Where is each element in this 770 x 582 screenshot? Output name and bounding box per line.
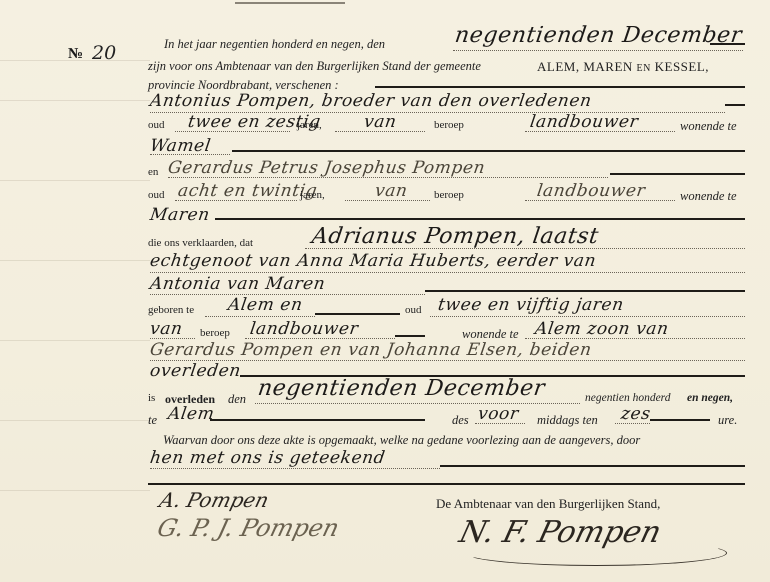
fill-line (175, 200, 297, 201)
printed-middags-ten: middags ten (537, 414, 598, 427)
fill-line (305, 248, 745, 249)
fill-line (430, 316, 745, 317)
hand-signed-by: hen met ons is geteekend (149, 450, 387, 467)
printed-geboren-te: geboren te (148, 305, 194, 316)
fill-line (345, 200, 430, 201)
hand-death-place: Alem (167, 406, 216, 423)
hand-deceased-age: twee en vijftig jaren (437, 297, 625, 314)
fill-line (650, 419, 710, 421)
printed-wonende-te: wonende te (680, 120, 737, 133)
certificate-number: 20 (92, 42, 116, 64)
fill-line (440, 465, 745, 467)
fill-line (453, 50, 743, 51)
printed-ambtenaar-line: zijn voor ons Ambtenaar van den Burgerli… (148, 60, 481, 73)
hand-deceased-occupation: landbouwer (249, 321, 360, 338)
fill-line (150, 272, 745, 273)
printed-te: te (148, 414, 157, 427)
fill-line (525, 338, 745, 339)
fill-line (150, 154, 230, 155)
printed-wonende-te: wonende te (680, 190, 737, 203)
signature-declarant2: G. P. J. Pompen (155, 516, 342, 540)
fill-line (232, 150, 745, 152)
hand-declarant1-van: van (363, 114, 398, 131)
printed-oud: oud (148, 120, 165, 131)
hand-declarant2-residence: Maren (149, 207, 211, 224)
municipality-name: ALEM, MAREN EN KESSEL, (537, 60, 709, 74)
printed-negentien-honderd: negentien honderd (585, 393, 670, 405)
hand-parents: Gerardus Pompen en van Johanna Elsen, be… (149, 342, 593, 359)
fill-line (210, 419, 425, 421)
printed-en: en (148, 167, 158, 178)
hand-declarant2-age: acht en twintig (177, 183, 319, 200)
fill-line (425, 290, 745, 292)
fill-line (205, 316, 315, 317)
printed-jaren: jaren, (297, 120, 322, 131)
printed-oud: oud (405, 305, 422, 316)
signature-separator (148, 483, 745, 485)
fill-line (168, 177, 608, 178)
fill-line (215, 218, 745, 220)
top-remnant-stroke (235, 2, 345, 4)
fill-line (150, 468, 440, 469)
hand-birthplace: Alem en (227, 297, 304, 314)
margin-rule (0, 260, 150, 261)
fill-line (710, 43, 745, 45)
certificate-page: № 20 In het jaar negentien honderd en ne… (0, 0, 770, 582)
hand-deceased-spouse: echtgenoot van Anna Maria Huberts, eerde… (149, 253, 597, 270)
hand-parents-status: overleden (149, 363, 242, 380)
printed-beroep: beroep (434, 190, 464, 201)
hand-deceased-residence: Alem zoon van (534, 321, 670, 338)
hand-death-date: negentienden December (256, 378, 546, 400)
printed-des: des (452, 414, 469, 427)
fill-line (395, 335, 425, 337)
printed-die-ons: die ons verklaarden, dat (148, 238, 253, 249)
hand-declarant1-occupation: landbouwer (529, 114, 640, 131)
hand-declarant2-occupation: landbouwer (536, 183, 647, 200)
fill-line (615, 423, 650, 424)
printed-den: den (228, 393, 246, 406)
fill-line (255, 403, 580, 404)
printed-waarvan: Waarvan door ons deze akte is opgemaakt,… (163, 434, 640, 447)
hand-declarant1-name: Antonius Pompen, broeder van den overled… (149, 93, 593, 110)
hand-date-day: negentienden December (453, 25, 743, 47)
hand-time-ampm: voor (477, 406, 520, 423)
margin-rule (0, 490, 150, 491)
printed-beroep: beroep (434, 120, 464, 131)
hand-deceased-van: van (149, 321, 184, 338)
hand-declarant2-name: Gerardus Petrus Josephus Pompen (167, 160, 486, 177)
printed-province-line: provincie Noordbrabant, verschenen : (148, 79, 339, 92)
printed-is: is (148, 393, 155, 404)
margin-rule (0, 340, 150, 341)
printed-ure: ure. (718, 414, 737, 427)
fill-line (315, 313, 400, 315)
fill-line (245, 338, 395, 339)
printed-beroep: beroep (200, 328, 230, 339)
fill-line (375, 86, 745, 88)
fill-line (725, 104, 745, 106)
printed-year-line: In het jaar negentien honderd en negen, … (164, 38, 385, 51)
hand-declarant2-van: van (374, 183, 409, 200)
fill-line (610, 173, 745, 175)
printed-oud: oud (148, 190, 165, 201)
printed-jaren: jaren, (300, 190, 325, 201)
signature-declarant1: A. Pompen (158, 490, 271, 510)
hand-time-hour: zes (620, 406, 652, 423)
hand-deceased-spouse2: Antonia van Maren (149, 276, 327, 293)
fill-line (525, 131, 675, 132)
fill-line (150, 338, 195, 339)
fill-line (475, 423, 525, 424)
official-title: De Ambtenaar van den Burgerlijken Stand, (436, 497, 660, 510)
margin-rule (0, 180, 150, 181)
margin-rule (0, 420, 150, 421)
hand-declarant1-residence: Wamel (149, 138, 212, 155)
printed-wonende-te: wonende te (462, 328, 519, 341)
certificate-number-label: № (68, 46, 83, 63)
printed-en-negen: en negen, (687, 393, 733, 405)
hand-deceased-name: Adrianus Pompen, laatst (310, 226, 600, 248)
signature-flourish (465, 540, 727, 566)
margin-rule (0, 100, 150, 101)
fill-line (175, 131, 290, 132)
fill-line (335, 131, 425, 132)
fill-line (525, 200, 675, 201)
